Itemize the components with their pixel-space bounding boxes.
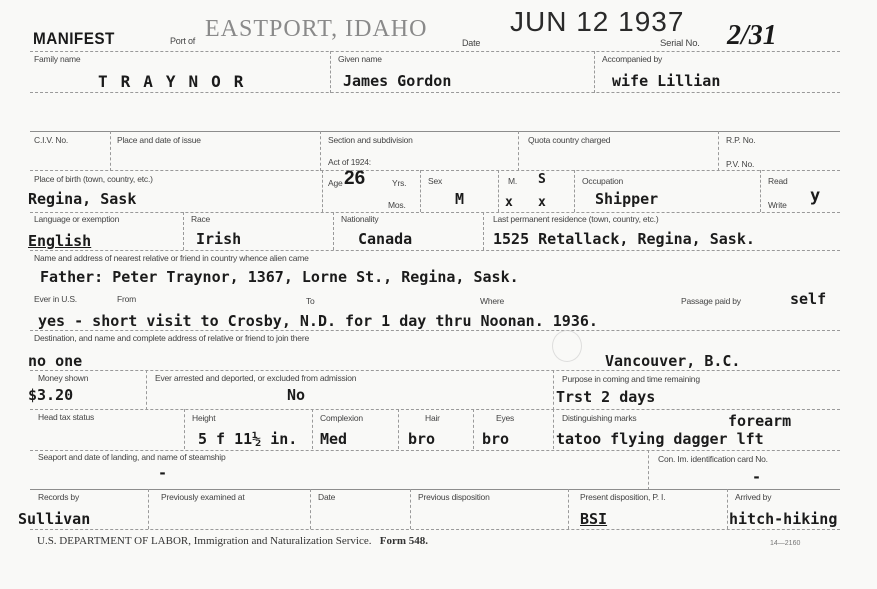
date-stamp: JUN 12 1937 — [510, 6, 684, 38]
ever-in-us-value: yes - short visit to Crosby, N.D. for 1 … — [38, 312, 598, 330]
manifest-card: MANIFEST Port of EASTPORT, IDAHO Date JU… — [0, 0, 877, 589]
serial-label: Serial No. — [660, 38, 700, 49]
act-label: Act of 1924: — [328, 157, 371, 167]
nationality: Canada — [358, 230, 412, 248]
section-label: Section and subdivision — [328, 135, 413, 145]
form-title: MANIFEST — [33, 29, 115, 49]
height-label: Height — [192, 413, 215, 423]
seaport-label: Seaport and date of landing, and name of… — [38, 452, 226, 462]
birthplace-label: Place of birth (town, country, etc.) — [34, 174, 153, 184]
married-mark: x — [505, 195, 513, 210]
agency-text: U.S. DEPARTMENT OF LABOR, Immigration an… — [37, 535, 372, 547]
date-label: Date — [462, 38, 480, 48]
present-disposition: BSI — [580, 510, 607, 528]
nearest-relative: Father: Peter Traynor, 1367, Lorne St., … — [40, 268, 519, 286]
form-code: 14—2160 — [770, 540, 800, 547]
marks-label: Distinguishing marks — [562, 413, 636, 423]
sex-value: M — [455, 190, 464, 208]
complexion-label: Complexion — [320, 413, 363, 423]
records-by: Sullivan — [18, 510, 90, 528]
arrived-by: hitch-hiking — [729, 510, 837, 528]
purpose-label: Purpose in coming and time remaining — [562, 374, 700, 384]
married-label: M. — [508, 176, 517, 186]
hair: bro — [408, 430, 435, 448]
single-label: S — [538, 172, 546, 187]
last-residence: 1525 Retallack, Regina, Sask. — [493, 230, 755, 248]
write-label: Write — [768, 200, 787, 210]
occupation-label: Occupation — [582, 176, 623, 186]
idcard-value: - — [752, 468, 761, 486]
to-label: To — [306, 296, 315, 306]
marks-line1: forearm — [728, 412, 791, 430]
present-disp-label: Present disposition, P. I. — [580, 492, 665, 502]
seaport-value: - — [158, 464, 167, 482]
eyes-label: Eyes — [496, 413, 514, 423]
eyes: bro — [482, 430, 509, 448]
place-date-issue-label: Place and date of issue — [117, 135, 201, 145]
accompanied-by: wife Lillian — [612, 72, 720, 90]
birthplace: Regina, Sask — [28, 190, 136, 208]
age-value: 26 — [344, 168, 365, 190]
language: English — [28, 232, 91, 250]
prev-exam-label: Previously examined at — [161, 492, 244, 502]
arrested-value: No — [287, 386, 305, 404]
language-label: Language or exemption — [34, 214, 119, 224]
ever-in-us-label: Ever in U.S. — [34, 294, 77, 304]
form-number: Form 548. — [380, 535, 428, 547]
prev-disp-label: Previous disposition — [418, 492, 490, 502]
where-label: Where — [480, 296, 504, 306]
sex-label: Sex — [428, 176, 442, 186]
arrived-label: Arrived by — [735, 492, 771, 502]
family-name-label: Family name — [34, 54, 80, 64]
years-label: Yrs. — [392, 178, 406, 188]
race-label: Race — [191, 214, 210, 224]
relative-label: Name and address of nearest relative or … — [34, 253, 309, 263]
family-name: TRAYNOR — [98, 72, 256, 91]
complexion: Med — [320, 430, 347, 448]
height-value: 5 f 11½ in. — [198, 430, 297, 448]
pv-label: P.V. No. — [726, 159, 754, 169]
nationality-label: Nationality — [341, 214, 379, 224]
port-label: Port of — [170, 36, 195, 46]
hair-label: Hair — [425, 413, 440, 423]
read-write-value: y — [810, 186, 820, 206]
head-tax-label: Head tax status — [38, 412, 94, 422]
date-col-label: Date — [318, 492, 335, 502]
destination-label: Destination, and name and complete addre… — [34, 333, 309, 343]
months-label: Mos. — [388, 200, 406, 210]
money-shown: $3.20 — [28, 386, 73, 404]
given-name-label: Given name — [338, 54, 382, 64]
port-stamp: EASTPORT, IDAHO — [205, 16, 427, 43]
watermark-emblem — [552, 330, 582, 362]
passage-paid-by: self — [790, 290, 826, 308]
occupation: Shipper — [595, 190, 658, 208]
given-name: James Gordon — [343, 72, 451, 90]
race: Irish — [196, 230, 241, 248]
records-label: Records by — [38, 492, 79, 502]
quota-label: Quota country charged — [528, 135, 610, 145]
purpose: Trst 2 days — [556, 388, 655, 406]
arrested-label: Ever arrested and deported, or excluded … — [155, 373, 356, 383]
idcard-label: Con. Im. identification card No. — [658, 454, 768, 464]
destination-place: Vancouver, B.C. — [605, 352, 740, 370]
passage-label: Passage paid by — [681, 296, 741, 306]
accompanied-label: Accompanied by — [602, 54, 662, 64]
money-label: Money shown — [38, 373, 88, 383]
footer-agency: U.S. DEPARTMENT OF LABOR, Immigration an… — [37, 535, 428, 547]
single-mark: x — [538, 195, 546, 210]
destination-person: no one — [28, 352, 82, 370]
read-label: Read — [768, 176, 788, 186]
marks-line2: tatoo flying dagger lft — [556, 430, 764, 448]
rp-label: R.P. No. — [726, 135, 755, 145]
last-residence-label: Last permanent residence (town, country,… — [493, 214, 658, 224]
civ-label: C.I.V. No. — [34, 135, 68, 145]
age-label: Age — [328, 178, 343, 188]
serial-number: 2/31 — [727, 20, 777, 52]
from-label: From — [117, 294, 136, 304]
